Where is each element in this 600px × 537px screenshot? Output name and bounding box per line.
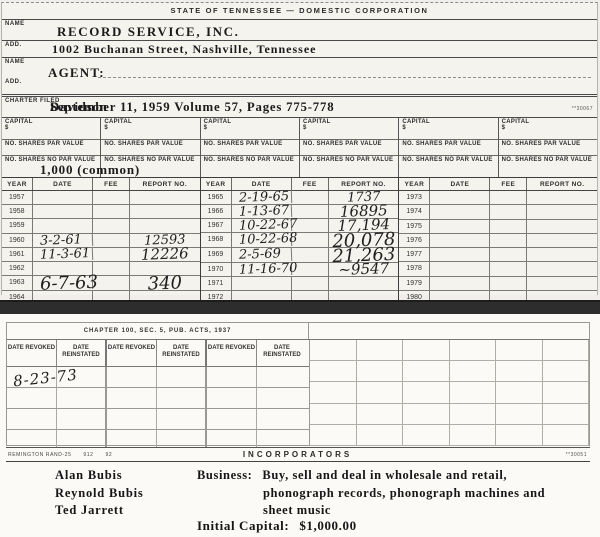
report-cell xyxy=(527,205,597,218)
fee-cell xyxy=(490,277,527,290)
revocation-row xyxy=(7,388,309,409)
year-cell: 1963 xyxy=(2,276,33,290)
grid-cell xyxy=(403,425,450,446)
grid-cell xyxy=(357,425,404,446)
year-cell: 1971 xyxy=(201,277,232,290)
report-cell xyxy=(527,234,597,247)
dollar-sign: $ xyxy=(502,125,506,131)
capital-label: CAPITAL xyxy=(502,119,530,125)
capital-cell: CAPITAL$ xyxy=(201,118,299,140)
no-par-value-cell: NO. SHARES NO PAR VALUE xyxy=(201,156,299,176)
grid-cell xyxy=(403,382,450,403)
initial-capital-value: $1,000.00 xyxy=(299,518,356,533)
fee-cell xyxy=(490,205,527,218)
date-cell xyxy=(430,191,490,204)
report-cell xyxy=(527,248,597,261)
form-number-mark: **30051 xyxy=(394,452,590,458)
report-row: 1977 xyxy=(399,248,597,262)
capital-label: CAPITAL xyxy=(104,119,132,125)
incorporator-name: Alan Bubis xyxy=(55,467,144,485)
grid-cell xyxy=(357,340,404,361)
reinstated-cell xyxy=(57,388,107,408)
report-row: 1959 xyxy=(2,219,200,233)
fee-cell xyxy=(93,205,130,218)
fee-cell xyxy=(93,248,130,261)
report-cell xyxy=(329,277,399,290)
scanned-corporation-record: STATE OF TENNESSEE — DOMESTIC CORPORATIO… xyxy=(0,0,600,537)
fee-cell xyxy=(490,262,527,275)
revocation-header-row: DATE REVOKED DATE REINSTATED DATE REVOKE… xyxy=(7,340,309,367)
no-par-value-cell: NO. SHARES NO PAR VALUE 1,000 (common) xyxy=(2,156,100,176)
capital-label: CAPITAL xyxy=(303,119,331,125)
business-description: Business:Buy, sell and deal in wholesale… xyxy=(197,467,593,520)
year-cell: 1975 xyxy=(399,220,430,233)
grid-cell xyxy=(403,340,450,361)
grid-cell xyxy=(543,382,590,403)
date-revoked-header: DATE REVOKED xyxy=(207,340,257,366)
date-reinstated-header: DATE REINSTATED xyxy=(157,340,207,366)
date-reinstated-header: DATE REINSTATED xyxy=(57,340,107,366)
revoked-cell xyxy=(107,409,157,429)
fee-cell xyxy=(93,219,130,232)
report-cell xyxy=(527,262,597,275)
name-label: NAME xyxy=(5,21,25,27)
business-line: sheet music xyxy=(263,502,593,520)
capital-column: CAPITAL$ NO. SHARES PAR VALUE NO. SHARES… xyxy=(300,118,399,177)
fee-cell xyxy=(93,276,130,290)
par-value-cell: NO. SHARES PAR VALUE xyxy=(201,140,299,156)
year-cell: 1979 xyxy=(399,277,430,290)
grid-cell xyxy=(450,382,497,403)
initial-capital-label: Initial Capital: xyxy=(197,518,289,533)
name-label: NAME xyxy=(5,59,25,65)
year-cell: 1974 xyxy=(399,205,430,218)
date-header: DATE xyxy=(232,178,292,190)
capital-grid: CAPITAL$ NO. SHARES PAR VALUE NO. SHARES… xyxy=(2,118,597,178)
chapter-citation: CHAPTER 100, SEC. 5, PUB. ACTS, 1937 xyxy=(7,323,309,339)
year-cell: 1966 xyxy=(201,205,232,218)
reinstated-cell xyxy=(157,409,207,429)
par-value-cell: NO. SHARES PAR VALUE xyxy=(300,140,398,156)
year-cell: 1969 xyxy=(201,248,232,262)
report-cell xyxy=(527,191,597,204)
report-row: 19636-7-63340 xyxy=(2,276,200,291)
dollar-sign: $ xyxy=(204,125,208,131)
blank-grid xyxy=(310,340,589,446)
report-row: 1973 xyxy=(399,191,597,205)
date-cell: 10-22-68 xyxy=(231,232,291,248)
add-label: ADD. xyxy=(5,79,22,85)
revocation-columns: DATE REVOKED DATE REINSTATED DATE REVOKE… xyxy=(7,340,310,446)
report-row: 197011-16-70~9547 xyxy=(201,263,399,277)
fee-header: FEE xyxy=(93,178,130,190)
date-cell: 11-3-61 xyxy=(33,247,93,262)
revoked-cell xyxy=(207,367,257,387)
grid-cell xyxy=(543,340,590,361)
dollar-sign: $ xyxy=(104,125,108,131)
report-cell xyxy=(527,277,597,290)
grid-cell xyxy=(496,404,543,425)
grid-cell xyxy=(357,361,404,382)
grid-cell xyxy=(496,361,543,382)
par-value-cell: NO. SHARES PAR VALUE xyxy=(2,140,100,156)
fee-cell xyxy=(292,277,329,290)
revocation-card: CHAPTER 100, SEC. 5, PUB. ACTS, 1937 DAT… xyxy=(6,322,590,446)
revoked-cell xyxy=(7,409,57,429)
initial-capital: Initial Capital:$1,000.00 xyxy=(197,518,357,534)
report-row: 196111-3-6112226 xyxy=(2,248,200,262)
capital-label: CAPITAL xyxy=(5,119,33,125)
date-revoked-header: DATE REVOKED xyxy=(107,340,157,366)
fee-cell xyxy=(292,205,329,218)
shares-value: 1,000 (common) xyxy=(40,162,140,178)
business-line: Business:Buy, sell and deal in wholesale… xyxy=(197,467,593,485)
date-cell xyxy=(33,219,93,232)
revocation-grid: DATE REVOKED DATE REINSTATED DATE REVOKE… xyxy=(7,340,589,446)
report-no-header: REPORT NO. xyxy=(130,178,200,190)
reinstated-cell xyxy=(257,367,307,387)
grid-cell xyxy=(310,361,357,382)
capital-cell: CAPITAL$ xyxy=(2,118,100,140)
report-no-header: REPORT NO. xyxy=(527,178,597,190)
county-value: Davidson xyxy=(50,100,108,115)
incorporator-name: Ted Jarrett xyxy=(55,502,144,520)
no-par-value-cell: NO. SHARES NO PAR VALUE xyxy=(499,156,597,176)
capital-cell: CAPITAL$ xyxy=(499,118,597,140)
capital-column: CAPITAL$ NO. SHARES PAR VALUE NO. SHARES… xyxy=(499,118,597,177)
date-cell: 11-16-70 xyxy=(231,262,291,277)
year-cell: 1958 xyxy=(2,205,33,218)
date-cell xyxy=(430,262,490,275)
fee-header: FEE xyxy=(490,178,527,190)
grid-cell xyxy=(310,340,357,361)
year-header: YEAR xyxy=(399,178,430,190)
revocation-row xyxy=(7,409,309,430)
revoked-cell xyxy=(107,388,157,408)
report-row: 1971 xyxy=(201,277,399,291)
grid-cell xyxy=(543,404,590,425)
date-header: DATE xyxy=(430,178,490,190)
business-text: Buy, sell and deal in wholesale and reta… xyxy=(262,468,507,482)
fee-cell xyxy=(93,191,130,204)
year-header: YEAR xyxy=(201,178,232,190)
corporation-address: 1002 Buchanan Street, Nashville, Tenness… xyxy=(52,42,316,57)
reinstated-cell xyxy=(257,388,307,408)
report-group-1957-1964: YEAR DATE FEE REPORT NO. 1957 1958 1959 … xyxy=(2,178,201,304)
capital-column: CAPITAL$ NO. SHARES PAR VALUE NO. SHARES… xyxy=(399,118,498,177)
fee-cell xyxy=(490,234,527,247)
state-header: STATE OF TENNESSEE — DOMESTIC CORPORATIO… xyxy=(2,3,597,20)
report-row: 1976 xyxy=(399,234,597,248)
year-cell: 1968 xyxy=(201,233,232,247)
par-value-cell: NO. SHARES PAR VALUE xyxy=(499,140,597,156)
grid-cell xyxy=(496,382,543,403)
add-label: ADD. xyxy=(5,42,22,48)
business-label: Business: xyxy=(197,468,252,482)
grid-cell xyxy=(543,361,590,382)
incorporator-name: Reynold Bubis xyxy=(55,485,144,503)
date-cell xyxy=(430,277,490,290)
fee-cell xyxy=(93,262,130,275)
reinstated-cell xyxy=(257,409,307,429)
date-revoked-header: DATE REVOKED xyxy=(7,340,57,366)
date-cell: 6-7-63 xyxy=(33,275,93,291)
report-table-header: YEAR DATE FEE REPORT NO. xyxy=(399,178,597,191)
par-value-cell: NO. SHARES PAR VALUE xyxy=(399,140,497,156)
grid-cell xyxy=(496,425,543,446)
year-cell: 1978 xyxy=(399,262,430,275)
year-cell: 1967 xyxy=(201,219,232,232)
grid-cell xyxy=(543,425,590,446)
date-header: DATE xyxy=(33,178,93,190)
chapter-row: CHAPTER 100, SEC. 5, PUB. ACTS, 1937 xyxy=(7,323,589,340)
date-cell xyxy=(430,234,490,247)
report-cell xyxy=(527,220,597,233)
capital-label: CAPITAL xyxy=(402,119,430,125)
incorporators-title: INCORPORATORS xyxy=(201,450,394,459)
report-row: 1958 xyxy=(2,205,200,219)
report-group-1965-1972: YEAR DATE FEE REPORT NO. 19652-19-651737… xyxy=(201,178,400,304)
capital-cell: CAPITAL$ xyxy=(399,118,497,140)
revoked-cell xyxy=(107,367,157,387)
dollar-sign: $ xyxy=(303,125,307,131)
agent-row: NAME AGENT: ADD. xyxy=(2,58,597,97)
date-reinstated-header: DATE REINSTATED xyxy=(257,340,307,366)
report-row: 1957 xyxy=(2,191,200,205)
grid-cell xyxy=(403,404,450,425)
grid-cell xyxy=(450,361,497,382)
no-par-value-cell: NO. SHARES NO PAR VALUE xyxy=(399,156,497,176)
report-cell xyxy=(130,191,200,204)
grid-cell xyxy=(450,340,497,361)
fee-cell xyxy=(490,220,527,233)
year-cell: 1957 xyxy=(2,191,33,204)
fee-cell xyxy=(93,234,130,247)
report-cell xyxy=(130,219,200,232)
charter-filed-row: CHARTER FILED September 11, 1959 Volume … xyxy=(2,97,597,118)
revoked-cell xyxy=(207,388,257,408)
year-cell: 1965 xyxy=(201,191,232,204)
date-cell xyxy=(232,277,292,290)
dollar-sign: $ xyxy=(402,125,406,131)
fee-cell xyxy=(490,191,527,204)
year-cell: 1970 xyxy=(201,263,232,276)
grid-cell xyxy=(357,382,404,403)
no-par-value-cell: NO. SHARES NO PAR VALUE xyxy=(300,156,398,176)
fee-cell xyxy=(292,248,329,262)
year-header: YEAR xyxy=(2,178,33,190)
year-cell: 1960 xyxy=(2,234,33,247)
dollar-sign: $ xyxy=(5,125,9,131)
date-cell xyxy=(33,191,93,204)
revoked-cell xyxy=(7,388,57,408)
report-table-header: YEAR DATE FEE REPORT NO. xyxy=(2,178,200,191)
fee-cell xyxy=(490,248,527,261)
report-row: 1975 xyxy=(399,220,597,234)
capital-column: CAPITAL$ NO. SHARES PAR VALUE NO. SHARES… xyxy=(2,118,101,177)
agent-value: AGENT: xyxy=(48,65,105,81)
year-cell: 1961 xyxy=(2,248,33,261)
date-cell xyxy=(33,205,93,218)
capital-label: CAPITAL xyxy=(204,119,232,125)
incorporators-bar: REMINGTON RAND-25 912 92 INCORPORATORS *… xyxy=(6,447,590,462)
form-number-mark: **30067 xyxy=(572,106,593,112)
report-cell: ~9547 xyxy=(328,262,398,277)
date-cell xyxy=(430,205,490,218)
reinstated-cell xyxy=(157,367,207,387)
report-no-header: REPORT NO. xyxy=(329,178,399,190)
reinstated-cell xyxy=(57,409,107,429)
year-cell: 1977 xyxy=(399,248,430,261)
year-cell: 1959 xyxy=(2,219,33,232)
corporation-name-row: NAME RECORD SERVICE, INC. xyxy=(2,20,597,41)
report-group-1973-1980: YEAR DATE FEE REPORT NO. 1973 1974 1975 … xyxy=(399,178,597,304)
business-line: phonograph records, phonograph machines … xyxy=(263,485,593,503)
report-cell xyxy=(130,205,200,218)
date-cell xyxy=(430,248,490,261)
incorporator-names: Alan Bubis Reynold Bubis Ted Jarrett xyxy=(55,467,144,520)
report-row: 1979 xyxy=(399,277,597,291)
grid-cell xyxy=(357,404,404,425)
revoked-cell xyxy=(207,409,257,429)
fee-header: FEE xyxy=(292,178,329,190)
reinstated-cell xyxy=(157,388,207,408)
report-row: 1974 xyxy=(399,205,597,219)
capital-cell: CAPITAL$ xyxy=(300,118,398,140)
grid-cell xyxy=(450,425,497,446)
corporation-record-card: STATE OF TENNESSEE — DOMESTIC CORPORATIO… xyxy=(1,2,598,295)
capital-cell: CAPITAL$ xyxy=(101,118,199,140)
report-row: 1978 xyxy=(399,262,597,276)
year-cell: 1973 xyxy=(399,191,430,204)
report-cell: 12226 xyxy=(130,246,200,262)
grid-cell xyxy=(310,425,357,446)
address-row: ADD. 1002 Buchanan Street, Nashville, Te… xyxy=(2,41,597,58)
fee-cell xyxy=(292,191,329,204)
date-cell xyxy=(430,220,490,233)
report-cell: 340 xyxy=(130,275,200,291)
agent-blank-line xyxy=(98,77,591,78)
grid-cell xyxy=(496,340,543,361)
annual-report-table: YEAR DATE FEE REPORT NO. 1957 1958 1959 … xyxy=(2,178,597,306)
corporation-name: RECORD SERVICE, INC. xyxy=(57,24,240,40)
year-cell: 1976 xyxy=(399,234,430,247)
grid-cell xyxy=(403,361,450,382)
par-value-cell: NO. SHARES PAR VALUE xyxy=(101,140,199,156)
grid-cell xyxy=(310,404,357,425)
grid-cell xyxy=(450,404,497,425)
grid-cell xyxy=(310,382,357,403)
year-cell: 1962 xyxy=(2,262,33,275)
capital-column: CAPITAL$ NO. SHARES PAR VALUE NO. SHARES… xyxy=(201,118,300,177)
remington-rand-mark: REMINGTON RAND-25 912 92 xyxy=(6,452,201,458)
